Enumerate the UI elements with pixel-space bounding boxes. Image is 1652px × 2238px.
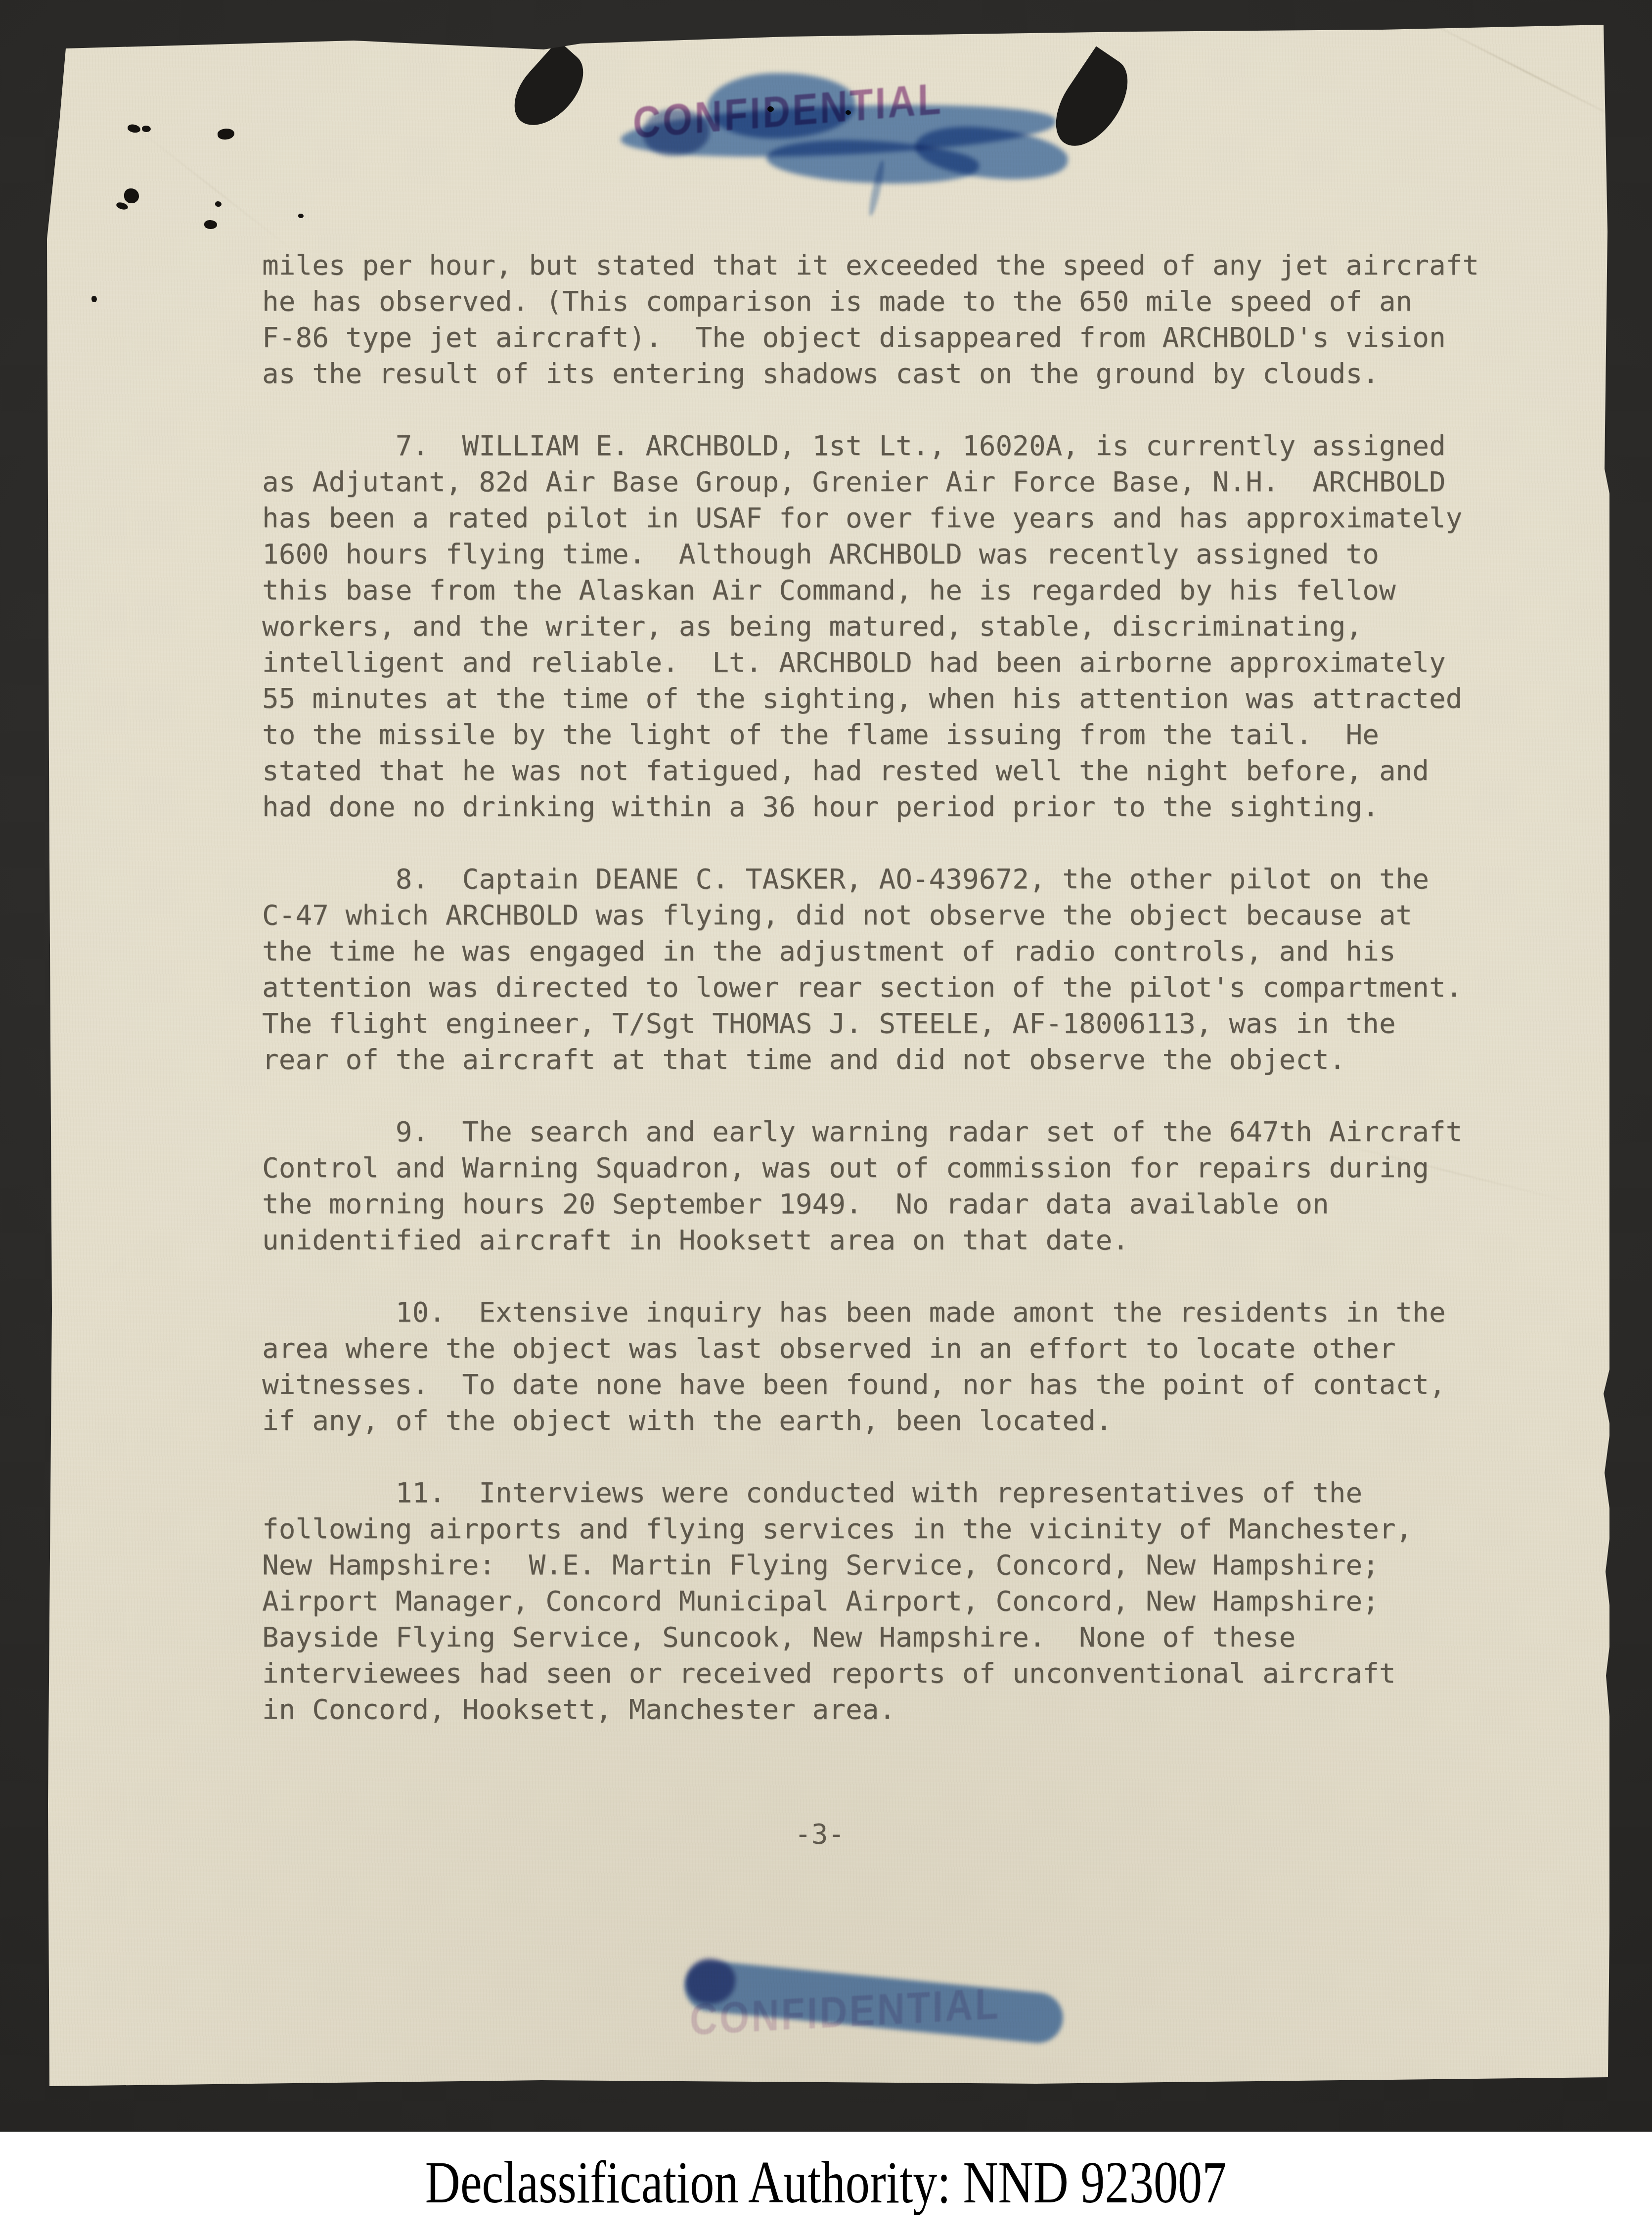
- ink-speck: [217, 128, 235, 141]
- scan-photo-background: CONFIDENTIAL miles per hour, but stated …: [0, 0, 1652, 2132]
- marker-stroke: [912, 119, 1071, 187]
- ink-speck: [215, 201, 222, 207]
- punch-hole: [1041, 46, 1142, 159]
- paper-crease: [1417, 16, 1634, 127]
- paragraph-continuation: miles per hour, but stated that it excee…: [262, 247, 1548, 392]
- paragraph-8: 8. Captain DEANE C. TASKER, AO-439672, t…: [262, 861, 1548, 1078]
- ink-speck: [298, 214, 304, 218]
- ink-speck: [142, 126, 151, 132]
- paragraph-11: 11. Interviews were conducted with repre…: [262, 1475, 1548, 1728]
- paragraph-10: 10. Extensive inquiry has been made amon…: [262, 1294, 1548, 1439]
- paragraph-9: 9. The search and early warning radar se…: [262, 1114, 1548, 1258]
- paragraph-7: 7. WILLIAM E. ARCHBOLD, 1st Lt., 16020A,…: [262, 428, 1548, 825]
- declassification-footer-bar: Declassification Authority: NND 923007: [0, 2132, 1652, 2238]
- confidential-stamp-bottom: CONFIDENTIAL: [690, 1978, 1000, 2045]
- ink-speck: [124, 188, 139, 203]
- page-number: -3-: [795, 1818, 845, 1850]
- typewritten-content: miles per hour, but stated that it excee…: [262, 247, 1548, 1764]
- paper-sheet: CONFIDENTIAL miles per hour, but stated …: [47, 24, 1609, 2089]
- ink-speck: [116, 201, 129, 211]
- marker-drip: [867, 160, 887, 217]
- ink-speck: [127, 124, 141, 134]
- ink-speck: [91, 296, 97, 302]
- punch-hole: [501, 40, 596, 137]
- confidential-stamp-top: CONFIDENTIAL: [633, 74, 943, 149]
- paper-crease: [129, 122, 297, 254]
- ink-speck: [204, 220, 217, 229]
- marker-stroke: [765, 136, 980, 188]
- declassification-authority-text: Declassification Authority: NND 923007: [425, 2148, 1227, 2217]
